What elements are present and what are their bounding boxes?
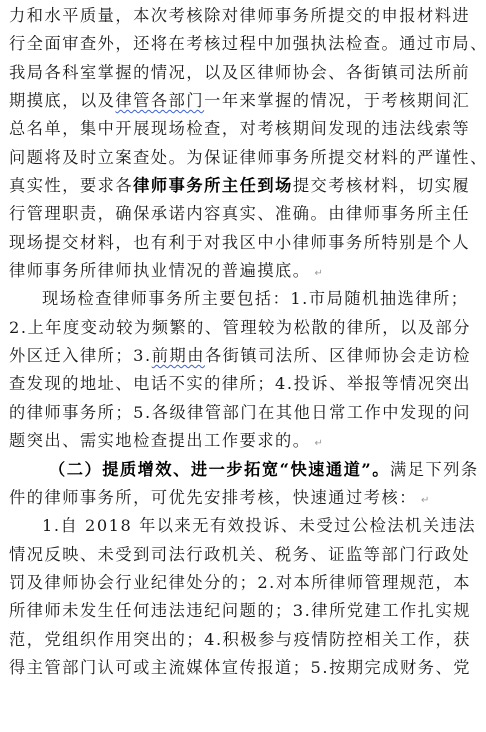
text-span: 期摸底，以及 [9,91,115,110]
text-line-19: 1.自 2018 年以来无有效投诉、未受过公检法机关违法 [9,512,479,540]
text-span: 查发现的地址、电话不实的律所；4.投诉、举报等情况突出 [9,374,471,393]
text-span: 各街镇司法所、区律师协会走访检 [205,346,471,365]
text-span: 情况反映、未受到司法行政机关、税务、证监等部门行政处 [9,545,470,564]
text-line-18: 件的律师事务所，可优先安排考核，快速通过考核：↵ [9,484,479,512]
text-line-14: 查发现的地址、电话不实的律所；4.投诉、举报等情况突出 [9,370,479,398]
text-span: 题突出、需实地检查提出工作要求的。 [9,431,311,450]
text-span: 行管理职责，确保承诺内容真实、准确。由律师事务所主任 [9,204,470,223]
text-span: 范，党组织作用突出的；4.积极参与疫情防控相关工作，获 [9,630,471,649]
paragraph-mark-icon: ↵ [315,268,323,279]
text-span: 得主管部门认可或主流媒体宣传报道；5.按期完成财务、党 [9,658,471,677]
text-line-1: 力和水平质量，本次考核除对律师事务所提交的申报材料进 [9,2,479,30]
text-line-4: 期摸底，以及律管各部门一年来掌握的情况，于考核期间汇 [9,87,479,115]
text-line-24: 得主管部门认可或主流媒体宣传报道；5.按期完成财务、党 [9,654,479,682]
text-line-9: 现场提交材料，也有利于对我区中小律师事务所特别是个人 [9,229,479,257]
text-line-13: 外区迁入律所；3.前期由各街镇司法所、区律师协会走访检 [9,342,479,370]
text-span: 所律师未发生任何违法违纪问题的；3.律所党建工作扎实规 [9,601,471,620]
section-heading: （二）提质增效、进一步拓宽“快速通道”。 [49,460,390,479]
text-span: 外区迁入律所；3. [9,346,152,365]
text-span: 我局各科室掌握的情况，以及区律师协会、各街镇司法所前 [9,63,470,82]
text-span: 件的律师事务所，可优先安排考核，快速通过考核： [9,488,417,507]
text-line-3: 我局各科室掌握的情况，以及区律师协会、各街镇司法所前 [9,59,479,87]
text-span: 现场检查律师事务所主要包括：1.市局随机抽选律所； [42,289,469,308]
text-line-16: 题突出、需实地检查提出工作要求的。↵ [9,427,479,455]
text-span: 提交考核材料，切实履 [293,176,470,195]
text-line-20: 情况反映、未受到司法行政机关、税务、证监等部门行政处 [9,541,479,569]
text-line-21: 罚及律师协会行业纪律处分的；2.对本所律师管理规范，本 [9,569,479,597]
spellcheck-underlined-text[interactable]: 律管各部门 [115,91,204,110]
text-span: 满足下列条 [390,460,479,479]
document-page: 力和水平质量，本次考核除对律师事务所提交的申报材料进 行全面审查外，还将在考核过… [9,2,479,682]
text-span: 一年来掌握的情况，于考核期间汇 [204,91,470,110]
text-line-2: 行全面审查外，还将在考核过程中加强执法检查。通过市局、 [9,30,479,58]
text-line-6: 问题将及时立案查处。为保证律师事务所提交材料的严谨性、 [9,144,479,172]
text-span: 的律师事务所；5.各级律管部门在其他日常工作中发现的问 [9,403,471,422]
text-line-7: 真实性，要求各律师事务所主任到场提交考核材料，切实履 [9,172,479,200]
spellcheck-underlined-text[interactable]: 前期由 [152,346,205,365]
text-span: 问题将及时立案查处。为保证律师事务所提交材料的严谨性、 [9,148,486,167]
section-heading-line: （二）提质增效、进一步拓宽“快速通道”。满足下列条 [9,456,479,484]
bold-emphasis-text: 律师事务所主任到场 [133,176,293,195]
text-line-10: 律师事务所律师执业情况的普遍摸底。↵ [9,257,479,285]
paragraph-mark-icon: ↵ [421,495,429,506]
text-line-22: 所律师未发生任何违法违纪问题的；3.律所党建工作扎实规 [9,597,479,625]
text-line-12: 2.上年度变动较为频繁的、管理较为松散的律所，以及部分 [9,314,479,342]
text-span: 罚及律师协会行业纪律处分的；2.对本所律师管理规范，本 [9,573,471,592]
text-line-11: 现场检查律师事务所主要包括：1.市局随机抽选律所； [9,285,479,313]
text-span: 真实性，要求各 [9,176,133,195]
paragraph-mark-icon: ↵ [315,438,323,449]
text-span: 1.自 2018 年以来无有效投诉、未受过公检法机关违法 [42,516,476,535]
text-span: 现场提交材料，也有利于对我区中小律师事务所特别是个人 [9,233,470,252]
text-span: 力和水平质量，本次考核除对律师事务所提交的申报材料进 [9,6,470,25]
text-span: 律师事务所律师执业情况的普遍摸底。 [9,261,311,280]
text-span: 总名单，集中开展现场检查，对考核期间发现的违法线索等 [9,119,470,138]
text-span: 行全面审查外，还将在考核过程中加强执法检查。通过市局、 [9,34,486,53]
text-line-15: 的律师事务所；5.各级律管部门在其他日常工作中发现的问 [9,399,479,427]
text-line-8: 行管理职责，确保承诺内容真实、准确。由律师事务所主任 [9,200,479,228]
text-span: 2.上年度变动较为频繁的、管理较为松散的律所，以及部分 [9,318,471,337]
text-line-23: 范，党组织作用突出的；4.积极参与疫情防控相关工作，获 [9,626,479,654]
text-line-5: 总名单，集中开展现场检查，对考核期间发现的违法线索等 [9,115,479,143]
